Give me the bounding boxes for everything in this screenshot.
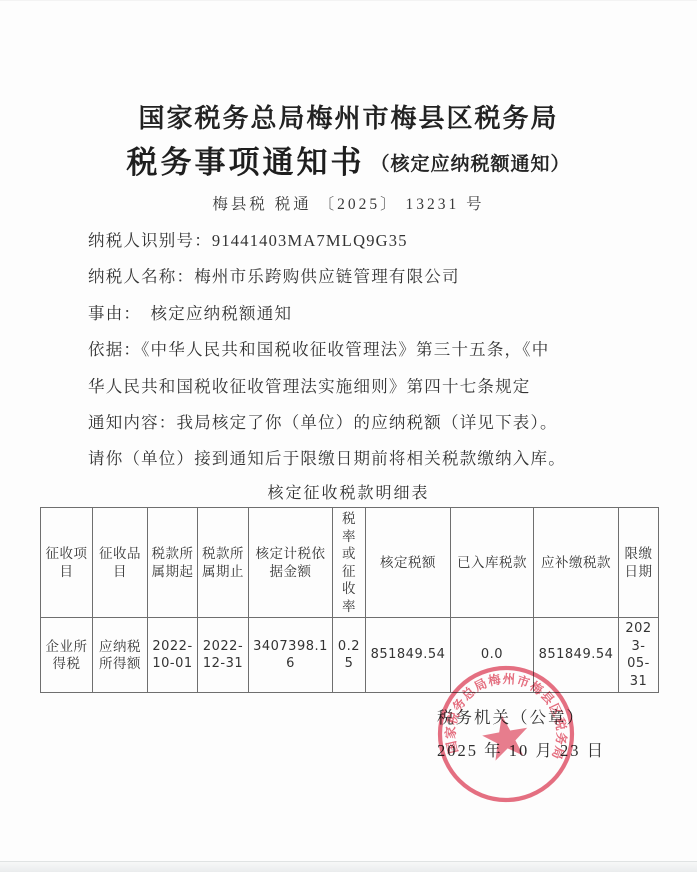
cell-period-start: 2022-10-01 xyxy=(148,618,198,693)
doc-title: 税务事项通知书 xyxy=(126,137,364,182)
cell-paid-tax: 0.0 xyxy=(451,618,534,693)
table-header-row: 征收项目 征收品目 税款所属期起 税款所属期止 核定计税依据金额 税率或征收率 … xyxy=(41,508,659,618)
taxpayer-id-line: 纳税人识别号：91441403MA7MLQ9G35 xyxy=(88,223,633,259)
notice-body: 纳税人识别号：91441403MA7MLQ9G35 纳税人名称：梅州市乐跨购供应… xyxy=(88,223,633,478)
tax-notice-document: 国家税务总局梅州市梅县区税务局 税务事项通知书 （核定应纳税额通知） 梅县税 税… xyxy=(0,0,697,872)
col-rate: 税率或征收率 xyxy=(333,508,366,618)
col-deadline: 限缴日期 xyxy=(619,508,659,618)
col-levy-subitem: 征收品目 xyxy=(93,508,148,618)
basis-line-1: 依据：《中华人民共和国税收征收管理法》第三十五条，《中 xyxy=(88,332,633,368)
table-title: 核定征收税款明细表 xyxy=(0,480,697,503)
col-period-start: 税款所属期起 xyxy=(148,508,198,618)
closing-block: 税务机关（公章） 2025 年 10 月 23 日 xyxy=(437,701,605,767)
authority-line: 税务机关（公章） xyxy=(437,701,605,734)
doc-subtitle: （核定应纳税额通知） xyxy=(370,149,570,176)
assessed-tax-table: 征收项目 征收品目 税款所属期起 税款所属期止 核定计税依据金额 税率或征收率 … xyxy=(40,507,659,693)
doc-number: 梅县税 税通 〔2025〕 13231 号 xyxy=(0,192,697,214)
col-period-end: 税款所属期止 xyxy=(198,508,249,618)
doc-title-row: 税务事项通知书 （核定应纳税额通知） xyxy=(0,137,697,182)
cell-period-end: 2022-12-31 xyxy=(198,618,249,693)
cell-rate: 0.25 xyxy=(333,618,366,693)
subject-line: 事由： 核定应纳税额通知 xyxy=(88,296,633,332)
cell-deadline: 2023-05-31 xyxy=(619,618,659,693)
col-assessed-tax: 核定税额 xyxy=(366,508,451,618)
table-data-row: 企业所得税 应纳税所得额 2022-10-01 2022-12-31 34073… xyxy=(41,618,659,693)
cell-assessed-tax: 851849.54 xyxy=(366,618,451,693)
page-bottom-edge xyxy=(0,861,697,872)
cell-levy-subitem: 应纳税所得额 xyxy=(93,618,148,693)
org-title: 国家税务总局梅州市梅县区税务局 xyxy=(0,98,697,135)
taxpayer-name-line: 纳税人名称：梅州市乐跨购供应链管理有限公司 xyxy=(88,259,633,295)
content-line: 通知内容：我局核定了你（单位）的应纳税额（详见下表）。 xyxy=(88,405,633,441)
col-levy-item: 征收项目 xyxy=(41,508,93,618)
cell-assessed-basis: 3407398.16 xyxy=(249,618,333,693)
col-tax-due: 应补缴税款 xyxy=(534,508,619,618)
basis-line-2: 华人民共和国税收征收管理法实施细则》第四十七条规定 xyxy=(88,369,633,405)
cell-tax-due: 851849.54 xyxy=(534,618,619,693)
date-line: 2025 年 10 月 23 日 xyxy=(437,734,605,767)
request-line: 请你（单位）接到通知后于限缴日期前将相关税款缴纳入库。 xyxy=(88,441,633,477)
cell-levy-item: 企业所得税 xyxy=(41,618,93,693)
col-paid-tax: 已入库税款 xyxy=(451,508,534,618)
col-assessed-basis: 核定计税依据金额 xyxy=(249,508,333,618)
